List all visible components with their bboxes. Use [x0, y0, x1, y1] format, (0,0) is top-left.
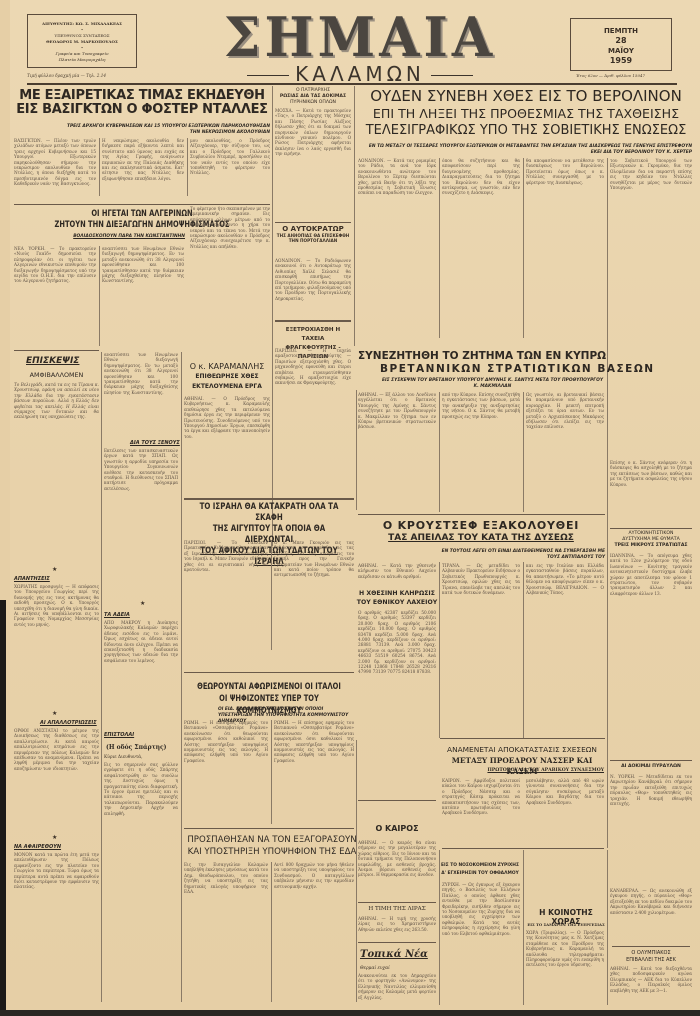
section-rule — [610, 528, 692, 529]
patriarch-headline: Ο ΠΑΤΡΙΑΡΧΗΣ ΡΩΣΙΑΣ ΔΙΑ ΤΑΣ ΔΟΚΙΜΑΣ ΠΥΡΗ… — [275, 88, 351, 106]
karamanlis-headline: Ο κ. ΚΑΡΑΜΑΝΛΗΣ ΕΠΙΘΕΩΡΗΣΕ ΧΘΕΣ ΕΚΤΕΛΟΥΜ… — [184, 362, 270, 392]
column-rule — [607, 850, 608, 1005]
section-rule — [358, 514, 605, 515]
bribe-headline: ΠΡΟΣΠΑΘΗΣΑΝ ΝΑ ΤΟΝ ΕΞΑΓΟΡΑΣΟΥΝ ΚΑΙ ΥΠΟΣΤ… — [184, 834, 360, 858]
cyprus-subhead: ΕΙΣ ΣΥΣΚΕΨΙΝ ΤΟΥ ΒΡΕΤΑΝΟΥ ΥΠΟΥΡΓΟΥ ΑΜΥΝΗ… — [380, 378, 605, 390]
headline-line: Δ' ΕΓΧΕΙΡΗΣΙΝ ΤΟΥ ΟΦΘΑΛΜΟΥ — [440, 870, 520, 878]
column-rule — [523, 850, 524, 1005]
headline-line: ΤΟ ΙΣΡΑΗΛ ΘΑ ΚΑΤΑΚΡΑΤΗ ΟΛΑ ΤΑ ΣΚΑΦΗ — [195, 502, 344, 524]
letters-headline: ΕΠΙΣΤΟΛΑΙ — [104, 732, 134, 738]
section-rule — [14, 350, 99, 351]
khrushchev-subhead: ΕΝ ΤΟΥΤΟΙΣ ΛΕΓΕΙ ΟΤΙ ΕΙΝΑΙ ΔΙΑΤΕΘΕΙΜΕΝΟΣ… — [430, 549, 605, 561]
column-rule — [271, 720, 272, 824]
for-all-body: Εκτέλεσις των κατασκευαστικών έργων κατά… — [104, 448, 178, 598]
dulles-body: ΒΑΣΙΓΚΤΩΝ. — Πλέον των τριών χιλιάδων ατ… — [14, 138, 96, 198]
khrushchev-headline: Ο ΚΡΟΥΣΤΣΕΦ ΕΞΑΚΟΛΟΥΘΕΙ ΤΑΣ ΑΠΕΙΛΑΣ ΤΟΥ … — [356, 519, 606, 545]
masthead: ΔΙΕΥΘΥΝΤΗΣ: ΚΩ. Σ. ΜΙΧΑΛΑΚΕΑΣ • ΥΠΕΥΘΥΝΟ… — [10, 0, 700, 90]
italians-body: ΡΩΜΗ. — Η επίσημος εφημερίς του Βατικανο… — [184, 720, 268, 824]
dulles-headline: ΜΕ ΕΞΑΙΡΕΤΙΚΑΣ ΤΙΜΑΣ ΕΚΗΔΕΥΘΗ ΕΙΣ ΒΑΣΙΓΚ… — [14, 89, 270, 116]
berlin-headline: ΟΥΔΕΝ ΣΥΝΕΒΗ ΧΘΕΣ ΕΙΣ ΤΟ ΒΕΡΟΛΙΝΟΝ ΕΠΙ Τ… — [358, 88, 694, 139]
headline-line: Ο ΟΛΥΜΠΙΑΚΟΣ — [610, 950, 692, 957]
car-accident-headline: ΑΥΤΟΚΙΝΗΤΙΣΤΙΚΟΝ ΔΥΣΤΥΧΗΜΑ ΜΕ ΘΥΜΑΤΑ ΤΡΕ… — [610, 531, 692, 550]
headline-line: ΕΠΙΒΑΛΛΕΙ ΤΗΣ ΑΕΚ — [610, 957, 692, 964]
cyprus-body: από την Κύπρον. Επίσης συνεζητήθη η εγκα… — [442, 392, 520, 512]
divider — [247, 75, 289, 76]
headline-line: ΤΑΣ ΑΠΕΙΛΑΣ ΤΟΥ ΚΑΤΑ ΤΗΣ ΔΥΣΕΩΣ — [356, 532, 606, 545]
cyprus-body: Ως γνωστόν, αι βρετανικαί βάσεις θα παρα… — [526, 392, 604, 512]
cape-body: ΚΑΝΑΒΕΡΑΛ. — Ως ανεκοινώθη εξ έγκυρου πη… — [610, 888, 692, 942]
column-rule — [439, 158, 440, 338]
weather-headline: Ο ΚΑΙΡΟΣ — [358, 824, 436, 833]
section-rule — [358, 942, 436, 943]
headline-line: ΤΕΛΕΣΙΓΡΑΦΙΚΩΣ ΥΠΟ ΤΗΣ ΣΟΒΙΕΤΙΚΗΣ ΕΝΩΣΕΩ… — [358, 122, 694, 139]
algerians-body: αναπτύσσει των Ηνωμένων Εθνών διεξαγωγή … — [104, 352, 178, 436]
letters-salutation: Κύριε Διευθυντά, — [104, 755, 143, 760]
algerians-subhead: ΒΟΛΙΔΟΣΚΟΠΟΥΝ ΠΑΡΑ ΤΗΝ ΚΩΝΣΤΑΝΤΙΝΗΝ — [60, 234, 185, 240]
weekday: ΠΕΜΠΤΗ — [571, 26, 671, 36]
column-rule — [439, 392, 440, 512]
section-rule — [358, 902, 436, 903]
headline-line: ΤΡΕΙΣ ΜΙΚΡΟΥΣ ΣΤΡΑΤΙΩΤΑΣ — [610, 543, 692, 549]
answers-body: ΧΩΡΙΑΤΗΣ προσφυγές — Η απόφασις του Υπου… — [14, 584, 99, 708]
episkepsis-subhead: ΑΜΦΙΒΑΛΛΟΜΕΝ — [14, 371, 99, 379]
address-line: Πλατεία Μαυρομιχάλη — [28, 57, 136, 63]
headline-line: ΠΡΟΣΠΑΘΗΣΑΝ ΝΑ ΤΟΝ ΕΞΑΓΟΡΑΣΟΥΝ — [184, 834, 360, 846]
local-news-body: Ανακοινούται εκ του Δημαρχείου ότι το φο… — [358, 973, 436, 1003]
king-body: ΖΥΡΙΧΗ. — Ως έγκυρως εξ έγκυρου πηγής, ο… — [442, 882, 520, 1002]
dulles-subhead: ΤΡΕΙΣ ΑΡΧΗΓΟΙ ΚΥΒΕΡΝΗΣΕΩΝ ΚΑΙ 15 ΥΠΟΥΡΓΟ… — [60, 124, 270, 136]
star-icon: ★ — [52, 566, 57, 573]
expropriations-headline: ΑΙ ΑΠΑΛΛΟΤΡΙΩΣΕΙΣ — [40, 720, 97, 726]
headline-line: ΕΠΙ ΤΗ ΛΗΞΕΙ ΤΗΣ ΠΡΟΘΕΣΜΙΑΣ ΤΗΣ ΤΑΧΘΕΙΣΗ… — [358, 105, 694, 122]
cyprus-body: Επίσης ο κ. Σάντυς ανέφερεν ότι η διάσκε… — [610, 460, 692, 520]
headline-line: ΘΕΩΡΟΥΝΤΑΙ ΑΦΩΡΙΣΜΕΝΟΙ ΟΙ ΙΤΑΛΟΙ — [190, 680, 348, 692]
section-rule — [275, 222, 351, 223]
section-rule — [184, 672, 354, 673]
cyprus-headline: ΣΥΝΕΖΗΤΗΘΗ ΤΟ ΖΗΤΗΜΑ ΤΩΝ ΕΝ ΚΥΠΡΩ ΒΡΕΤΑΝ… — [358, 350, 692, 376]
column-rule — [272, 86, 273, 546]
year: 1959 — [571, 56, 671, 66]
headline-line: Ο ΑΥΤΟΚΡΑΤΩΡ — [275, 225, 351, 233]
car-accident-body: ΙΩΑΝΝΙΝΑ. — Το απόγευμα χθες κατά το 12ο… — [610, 553, 692, 673]
headline-line: ΠΥΡΗΝΙΚΩΝ ΟΠΛΩΝ — [275, 100, 351, 106]
episkepsis-body: Το Βελιγράδι, κατά τα εις τα Τίρανα κ. Χ… — [14, 382, 99, 562]
tests-body: Ν. ΥΟΡΚΗ. — Μεταδίδεται εκ του Ακρωτηρίο… — [610, 774, 692, 884]
removals-headline: ΝΑ ΑΦΑΙΡΕΘΟΥΝ — [14, 844, 61, 850]
column-rule — [523, 562, 524, 738]
israel-body: ΠΑΡΙΣΙΟΙ. — Το Γαλλικόν Πρακτορείον Ειδή… — [184, 540, 268, 650]
star-icon: ★ — [52, 834, 57, 841]
karamanlis-body: ΑΘΗΝΑΙ. — Ο Πρόεδρος της Κυβερνήσεως κ. … — [184, 396, 270, 496]
cyprus-body: ΑΘΗΝΑΙ. — Εξ άλλου του Λονδίνου αγγέλλετ… — [358, 392, 436, 512]
berlin-subhead: ΕΝ ΤΩ ΜΕΤΑΞΥ ΟΙ ΤΕΣΣΑΡΕΣ ΥΠΟΥΡΓΟΙ ΕΞΩΤΕΡ… — [358, 144, 692, 156]
algerians-body: ΝΕΑ ΥΟΡΚΗ. — Το πρακτορείον «Νιούς Γκαϊδ… — [14, 246, 96, 346]
headline-line: ΑΝΑΜΕΝΕΤΑΙ ΑΠΟΚΑΤΑΣΤΑΣΙΣ ΣΧΕΣΕΩΝ — [436, 744, 608, 755]
lira-price-headline: Η ΤΙΜΗ ΤΗΣ ΛΙΡΑΣ — [358, 906, 436, 912]
weather-body: ΑΘΗΝΑΙ. — Ο καιρός θα είναι σήμερον εις … — [358, 840, 436, 898]
israel-body: Ο κ. Μπεν Γκουριόν εις τας δηλώσεις του … — [274, 540, 354, 650]
masthead-rule — [27, 83, 677, 85]
star-icon: ★ — [52, 710, 57, 717]
column-rule — [187, 138, 188, 196]
headline-line: ΚΑΙ ΥΠΟΣΤΗΡΙΞΗ ΥΠΟΨΗΦΙΟΝ ΤΗΣ ΕΔΑ — [184, 846, 360, 858]
section-rule — [442, 848, 604, 849]
for-all-headline: ΔΙΑ ΤΟΥΣ ΞΕΝΟΥΣ — [130, 440, 180, 446]
section-rule — [610, 760, 692, 761]
newspaper-title: ΣΗΜΑΙΑ — [220, 9, 500, 68]
local-news-headline: Τοπικά Νέα — [360, 949, 428, 960]
column-rule — [99, 246, 100, 346]
nasser-body: μεσολάβησιν, αλλά από 48 ωρών γίνονται σ… — [526, 778, 604, 844]
headline-line: Η ΧΘΕΣΙΝΗ ΚΛΗΡΩΣΙΣ — [356, 589, 438, 598]
headline-line: ΟΥΔΕΝ ΣΥΝΕΒΗ ΧΘΕΣ ΕΙΣ ΤΟ ΒΕΡΟΛΙΝΟΝ — [358, 88, 694, 105]
lira-price-body: ΑΘΗΝΑΙ. — Η τιμή της χρυσής λίρας εις το… — [358, 916, 436, 938]
olympiakos-headline: Ο ΟΛΥΜΠΙΑΚΟΣ ΕΠΙΒΑΛΛΕΙ ΤΗΣ ΑΕΚ — [610, 950, 692, 964]
column-rule — [523, 158, 524, 338]
price-line: Τιμή φύλλου δραχμή μία — Τηλ. 2.14 — [27, 73, 106, 78]
kingdom-subhead: ΕΙΣ ΤΟ ΣΑΜΑΡΟΝ ΤΗΣ ΕΥΕΡΓΕΣΙΑΣ — [526, 922, 606, 927]
berlin-body: ΛΟΝΔΙΝΟΝ. — Κατά τας ρομαρίας του Ράδιο,… — [358, 158, 436, 332]
italians-body: ΡΩΜΗ. — Η επίσημος εφημερίς του Βατικανο… — [274, 720, 354, 824]
month: ΜΑΪΟΥ — [571, 46, 671, 56]
permits-headline: ΤΑ ΑΔΕΙΑ — [104, 612, 130, 618]
column-rule — [181, 352, 182, 1002]
column-rule — [271, 862, 272, 1002]
lottery-body: Ο αριθμός 42387 κερδίζει 50.000 δραχ. Ο … — [358, 610, 436, 800]
dulles-body: Το φέρετρον ήτο σκεπασμένον με την αμερι… — [190, 206, 270, 346]
nasser-subhead: ΠΡΩΤΟΒΟΥΛΙΑ ΤΟΥ ΑΡΑΒΙΚΟΥ ΣΥΝΔΕΣΜΟΥ — [470, 768, 604, 773]
column-rule — [356, 390, 357, 510]
emperor-body: ΛΟΝΔΙΝΟΝ. — Το Ραδιόφωνον ανακοινοί ότι … — [275, 258, 351, 316]
tests-headline: ΑΙ ΔΟΚΙΜΑΙ ΠΥΡΑΥΛΩΝ — [610, 764, 692, 769]
lottery-lead: ΑΘΗΝΑΙ. — Κατά την χθεσινήν κλήρωσιν του… — [358, 563, 436, 587]
headline-line: ΤΗΝ ΠΟΡΤΟΓΑΛΛΙΑΝ — [275, 238, 351, 243]
column-rule — [356, 740, 357, 1002]
section-rule — [184, 828, 354, 829]
section-rule — [275, 320, 351, 322]
headline-line: ΕΚΤΕΛΟΥΜΕΝΑ ΕΡΓΑ — [184, 382, 270, 392]
khrushchev-body: και εις την Ιταλίαν και Ελλάδα εγκαταστα… — [526, 563, 604, 737]
bribe-body: Εις την Εισαγγελίαν Καλαμών υπεβλήθη έκκ… — [184, 862, 268, 1002]
star-icon: ★ — [140, 600, 145, 607]
column-rule — [523, 392, 524, 512]
section-rule — [358, 800, 436, 801]
day: 28 — [571, 36, 671, 46]
local-news-subhead: Θερμαί ευχαί — [360, 966, 390, 971]
column-rule — [354, 86, 355, 346]
nasser-body: ΚΑΪΡΟΝ. — Αμφίδοξοι πολιτικοί κύκλοι του… — [442, 778, 520, 844]
headline-line: ΕΙΣ ΒΑΣΙΓΚΤΩΝ Ο ΦΟΣΤΕΡ ΝΤΑΛΛΕΣ — [14, 103, 270, 117]
headline-line: Ο ΚΡΟΥΣΤΣΕΦ ΕΞΑΚΟΛΟΥΘΕΙ — [356, 519, 606, 532]
king-headline: ΕΙΣ ΤΟ ΝΟΣΟΚΟΜΕΙΟΝ ΖΥΡΙΧΗΣ Δ' ΕΓΧΕΙΡΗΣΙΝ… — [440, 862, 520, 878]
berlin-body: θα αποφασίσουν να μετάθεσιν της διασκέψε… — [526, 158, 604, 332]
column-rule — [99, 138, 100, 196]
letters-body: Εις το σημερινόν σας φύλλον εγράφετε ότι… — [104, 762, 178, 1002]
date-box: ΠΕΜΠΤΗ 28 ΜΑΪΟΥ 1959 — [570, 18, 672, 71]
page-bottom-edge — [0, 1010, 700, 1016]
answers-headline: ΑΠΑΝΤΗΣΕΙΣ — [14, 576, 50, 582]
headline-line: Ο κ. ΚΑΡΑΜΑΝΛΗΣ — [184, 362, 270, 372]
patriarch-body: ΜΟΣΧΑ. — Κατά το πρακτορείον «Τας», ο Πα… — [275, 108, 351, 218]
algerians-body: αναπτύσσει των Ηνωμένων Εθνών διεξαγωγή … — [102, 246, 184, 346]
removals-body: ΜΟΝΟΝ κατά τα πρώτα έτη μετά την απελευθ… — [14, 852, 99, 1002]
section-rule — [612, 946, 690, 947]
page-left-edge — [0, 0, 10, 1016]
headline-line: ΤΟΥ ΕΘΝΙΚΟΥ ΛΑΧΕΙΟΥ — [356, 598, 438, 607]
column-rule — [439, 562, 440, 738]
column-rule — [271, 540, 272, 650]
headline-line: ΜΕ ΕΞΑΙΡΕΤΙΚΑΣ ΤΙΜΑΣ ΕΚΗΔΕΥΘΗ — [14, 89, 270, 103]
permits-body: ΑΠΟ ΜΑΚΡΟΥ η Διοίκησις Χωροφυλακής Καλαμ… — [104, 620, 178, 730]
column-rule — [101, 352, 102, 1002]
section-rule — [184, 498, 354, 500]
section-rule — [14, 204, 270, 205]
headline-line: ΜΕΤΑΞΥ ΠΡΟΕΔΡΟΥ ΝΑΣΣΕΡ ΚΑΙ ΚΑΣΕΜ — [436, 755, 608, 777]
headline-line: ΕΞΕΤΡΟΧΙΑΣΘΗ Η ΤΑΧΕΙΑ — [275, 326, 351, 344]
dulles-body: μου ακολουθίας, ο Πρόεδρος Αϊζενχάουερ, … — [190, 138, 270, 198]
headline-line: ΕΙΣ ΤΟ ΝΟΣΟΚΟΜΕΙΟΝ ΖΥΡΙΧΗΣ — [440, 862, 520, 870]
emperor-headline: Ο ΑΥΤΟΚΡΑΤΩΡ ΤΗΣ ΑΙΘΙΟΠΙΑΣ ΘΑ ΕΠΙΣΚΕΦΘΗ … — [275, 225, 351, 243]
section-rule — [440, 738, 605, 739]
kingdom-body: ΧΩΡΑ (Τριφυλίας). — Ο Πρόεδρος της Κοινό… — [526, 930, 604, 1002]
headline-line: ΒΡΕΤΑΝΝΙΚΩΝ ΣΤΡΑΤΙΩΤΙΚΩΝ ΒΑΣΕΩΝ — [358, 363, 692, 376]
headline-line: ΣΥΝΕΖΗΤΗΘΗ ΤΟ ΖΗΤΗΜΑ ΤΩΝ ΕΝ ΚΥΠΡΩ — [358, 350, 692, 363]
masthead-info-box: ΔΙΕΥΘΥΝΤΗΣ: ΚΩ. Σ. ΜΙΧΑΛΑΚΕΑΣ • ΥΠΕΥΘΥΝΟ… — [27, 14, 137, 68]
berlin-body: του Σοβιετικού Υπουργού των Εξωτερικών κ… — [610, 158, 692, 458]
expropriations-body: ΟΡΘΟΙ ΑΝΙΣΤΑΤΑΙ το μέτρον της Διοικήσεως… — [14, 728, 99, 832]
berlin-body: όπου θα συζητήσουν και θα αποφασίσουν πε… — [442, 158, 520, 332]
khrushchev-body: ΤΙΡΑΝΑ. — Ως μεταδίδει το Αλβανικόν Πρακ… — [442, 563, 520, 737]
lottery-headline: Η ΧΘΕΣΙΝΗ ΚΛΗΡΩΣΙΣ ΤΟΥ ΕΘΝΙΚΟΥ ΛΑΧΕΙΟΥ — [356, 589, 438, 607]
headline-line: ΕΠΙΘΕΩΡΗΣΕ ΧΘΕΣ — [184, 372, 270, 382]
train-body: ΠΑΡΙΣΙΟΙ. — Η ταχεία αμαξοστοιχία Φραγκφ… — [275, 348, 351, 408]
bribe-body: Αντί 800 δραχμών τον μήνα ήθελεν να υποσ… — [274, 862, 354, 1002]
dulles-body: Η νεκρώσιμος ακολουθία δεν διήρκεσε παρά… — [102, 138, 184, 198]
divider — [431, 75, 473, 76]
episkepsis-headline: ΕΠΙΣΚΕΨΙΣ — [26, 356, 96, 366]
issue-line: Έτος 62ον — Άριθ. φύλλου 15047 — [576, 73, 645, 78]
letters-subhead: (Η οδός Σπάρτης) — [106, 744, 166, 751]
olympiakos-body: ΑΘΗΝΑΙ. — Κατά τον διεξαχθέντα χθες ποδο… — [610, 966, 692, 1004]
